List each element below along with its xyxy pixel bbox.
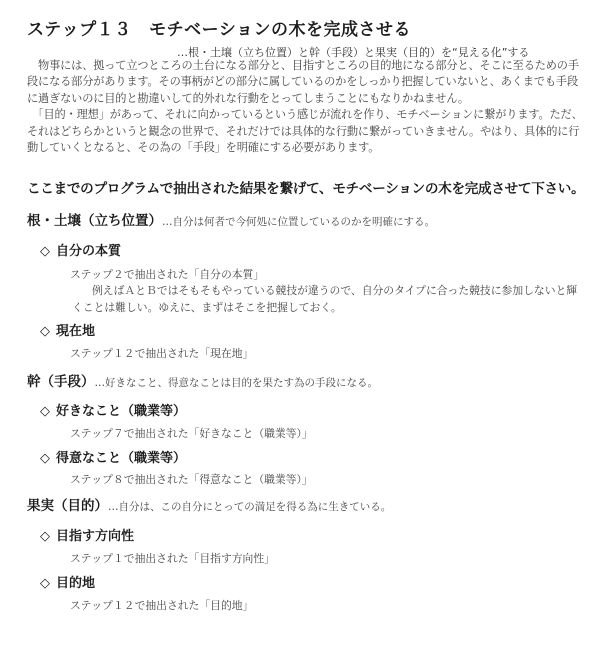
diamond-icon: ◇ [40, 244, 50, 259]
diamond-icon: ◇ [40, 404, 50, 419]
item-label: 目的地 [56, 576, 95, 591]
intro-paragraph-line: 物事には、拠って立つところの土台になる部分と、目指すところの目的地になる部分と、… [27, 58, 579, 74]
section-description: …好きなこと、得意なことは目的を果たす為の手段になる。 [95, 377, 379, 389]
item-label: 現在地 [56, 324, 95, 339]
item-strengths: ◇得意なこと（職業等） [40, 447, 186, 466]
instruction-heading: ここまでのプログラムで抽出された結果を繋げて、モチベーションの木を完成させて下さ… [27, 177, 584, 197]
item-detail: ステップ８で抽出された「得意なこと（職業等）」 [70, 472, 313, 487]
item-label: 自分の本質 [56, 244, 121, 259]
intro-paragraph-line: 動していくとなると、その為の「手段」を明確にする必要があります。 [27, 140, 379, 156]
item-self-essence: ◇自分の本質 [40, 240, 121, 259]
diamond-icon: ◇ [40, 529, 50, 544]
item-label: 目指す方向性 [56, 529, 134, 544]
item-likes: ◇好きなこと（職業等） [40, 400, 186, 419]
item-direction: ◇目指す方向性 [40, 525, 134, 544]
section-heading: 幹（手段） [27, 374, 95, 390]
section-description: …自分は何者で今何処に位置しているのかを明確にする。 [162, 216, 435, 228]
item-detail: ステップ１で抽出された「目指す方向性」 [70, 551, 275, 566]
item-detail: ステップ２で抽出された「自分の本質」 [70, 267, 264, 282]
diamond-icon: ◇ [40, 451, 50, 466]
page-title: ステップ１３ モチベーションの木を完成させる [27, 15, 411, 40]
example-line: くことは難しい。ゆえに、まずはそこを把握しておく。 [72, 301, 342, 314]
intro-paragraph-line: 「目的・理想」があって、それに向かっているという感じが流れを作り、モチベーション… [27, 107, 583, 123]
item-destination: ◇目的地 [40, 572, 95, 591]
intro-paragraph-line: 段になる部分があります。その事柄がどの部分に属しているのかをしっかり把握していな… [27, 74, 578, 90]
item-example: 例えばＡとＢではそもそもやっている競技が違うので、自分のタイプに合った競技に参加… [70, 282, 590, 316]
diamond-icon: ◇ [40, 576, 50, 591]
item-current-location: ◇現在地 [40, 320, 95, 339]
intro-paragraph-line: それはどちらかというと観念の世界で、それだけでは具体的な行動に繋がっていきません… [27, 124, 579, 140]
section-heading: 根・土壌（立ち位置） [27, 213, 162, 229]
example-line: 例えばＡとＢではそもそもやっている競技が違うので、自分のタイプに合った競技に参加… [92, 284, 577, 297]
item-detail: ステップ１２で抽出された「目的地」 [70, 598, 253, 613]
section-description: …自分は、この自分にとっての満足を得る為に生きている。 [108, 501, 391, 513]
item-label: 得意なこと（職業等） [56, 451, 186, 466]
item-label: 好きなこと（職業等） [56, 404, 186, 419]
section-trunk: 幹（手段）…好きなこと、得意なことは目的を果たす為の手段になる。 [27, 370, 378, 390]
item-detail: ステップ７で抽出された「好きなこと（職業等）」 [70, 426, 313, 441]
intro-paragraph-line: に過ぎないのに目的と勘違いして的外れな行動をとってしまうことにもなりかねません。 [27, 91, 469, 107]
section-heading: 果実（目的） [27, 498, 108, 514]
section-fruit: 果実（目的）…自分は、この自分にとっての満足を得る為に生きている。 [27, 494, 391, 514]
diamond-icon: ◇ [40, 324, 50, 339]
item-detail: ステップ１２で抽出された「現在地」 [70, 346, 253, 361]
section-roots: 根・土壌（立ち位置）…自分は何者で今何処に位置しているのかを明確にする。 [27, 209, 435, 229]
